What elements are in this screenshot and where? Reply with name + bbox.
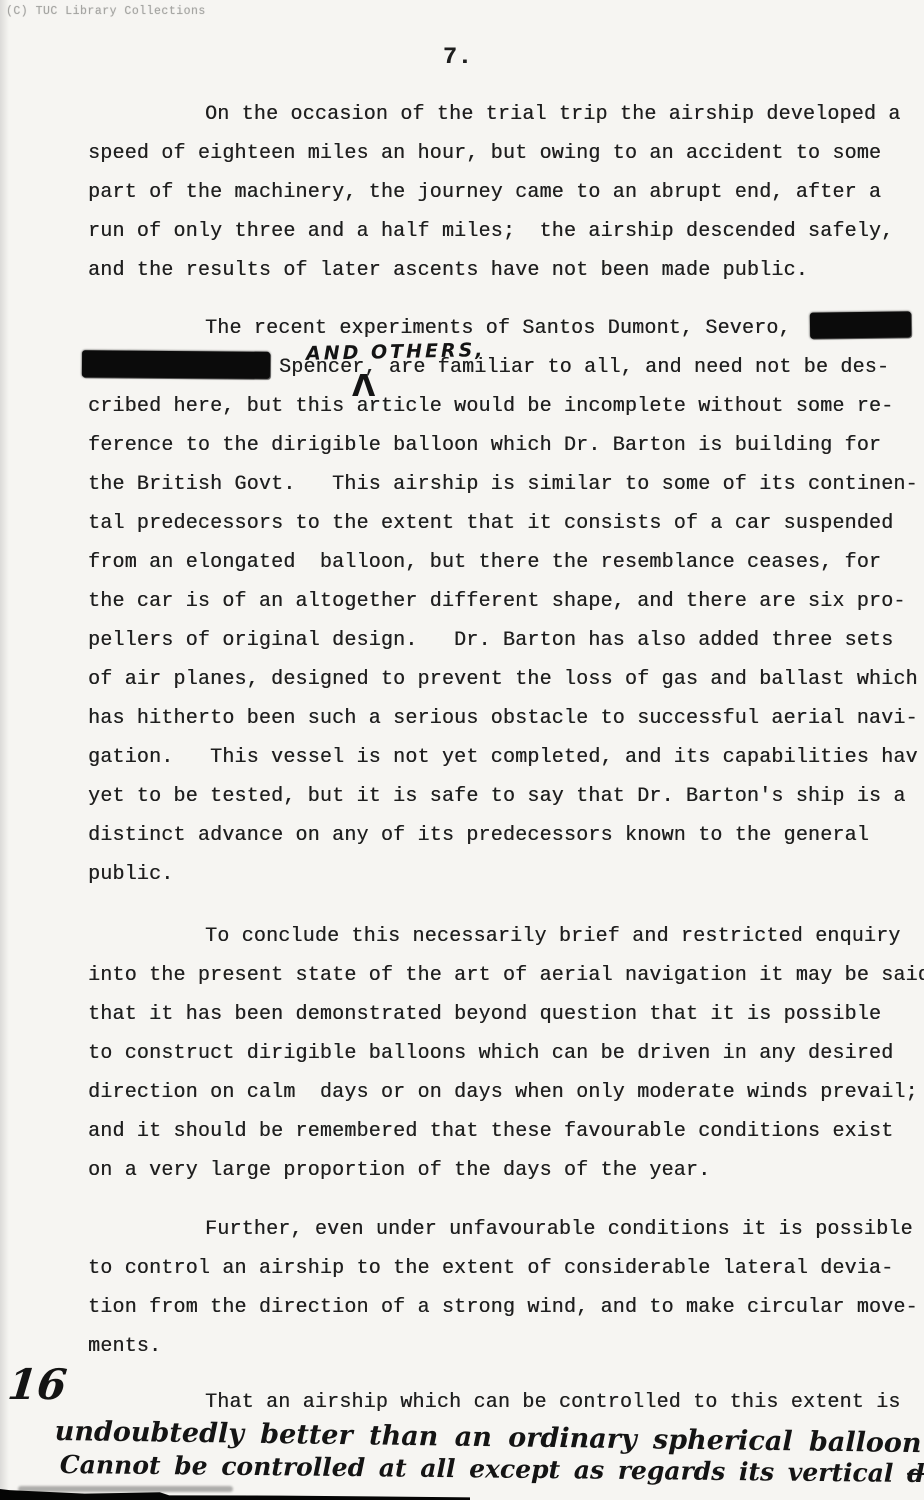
typed-line: On the occasion of the trial trip the ai… (88, 95, 912, 134)
handwritten-struck-word: direction (907, 1459, 924, 1489)
typed-line: the car is of an altogether different sh… (88, 582, 912, 621)
typed-line: public. (88, 855, 912, 894)
typed-line: ments. (88, 1327, 912, 1366)
typed-line: and the results of later ascents have no… (88, 251, 912, 290)
document-page: (C) TUC Library Collections 7. On the oc… (0, 0, 924, 1500)
typed-line: on a very large proportion of the days o… (88, 1151, 912, 1190)
typed-line: the British Govt. This airship is simila… (88, 465, 912, 504)
typed-line: yet to be tested, but it is safe to say … (88, 777, 912, 816)
page-number: 7. (443, 44, 473, 70)
typed-text: The recent experiments of Santos Dumont,… (205, 317, 803, 340)
handwritten-sheet-number: 16 (6, 1364, 69, 1406)
typed-line: tal predecessors to the extent that it c… (88, 504, 912, 543)
typed-line: To conclude this necessarily brief and r… (88, 917, 912, 956)
typed-line: and it should be remembered that these f… (88, 1112, 912, 1151)
paragraph-3: To conclude this necessarily brief and r… (88, 917, 912, 1190)
typed-line: tion from the direction of a strong wind… (88, 1288, 912, 1327)
typed-line: gation. This vessel is not yet completed… (88, 738, 912, 777)
typed-line: That an airship which can be controlled … (88, 1383, 912, 1422)
scan-edge-shadow (0, 0, 9, 1500)
paragraph-1: On the occasion of the trial trip the ai… (88, 95, 912, 290)
handwritten-insertion: AND OTHERS, (306, 339, 486, 365)
typed-line: to construct dirigible balloons which ca… (88, 1034, 912, 1073)
paragraph-2-rest: cribed here, but this article would be i… (88, 387, 912, 894)
typed-line: to control an airship to the extent of c… (88, 1249, 912, 1288)
typed-line: Further, even under unfavourable conditi… (88, 1210, 912, 1249)
typed-line: run of only three and a half miles; the … (88, 212, 912, 251)
watermark: (C) TUC Library Collections (6, 5, 206, 18)
typed-line: from an elongated balloon, but there the… (88, 543, 912, 582)
typed-line: cribed here, but this article would be i… (88, 387, 912, 426)
typed-line: that it has been demonstrated beyond que… (88, 995, 912, 1034)
typed-line: Spencer, are familiar to all, and need n… (88, 348, 912, 387)
typed-line: has hitherto been such a serious obstacl… (88, 699, 912, 738)
typed-line: distinct advance on any of its predecess… (88, 816, 912, 855)
insertion-caret: Λ (352, 372, 375, 402)
redaction-bar (82, 350, 270, 379)
scan-smudge (18, 1486, 233, 1492)
paragraph-4: Further, even under unfavourable conditi… (88, 1210, 912, 1366)
typed-line: direction on calm days or on days when o… (88, 1073, 912, 1112)
typed-line: speed of eighteen miles an hour, but owi… (88, 134, 912, 173)
typed-line: pellers of original design. Dr. Barton h… (88, 621, 912, 660)
typed-line: into the present state of the art of aer… (88, 956, 912, 995)
typed-line: The recent experiments of Santos Dumont,… (88, 309, 912, 348)
typed-line: of air planes, designed to prevent the l… (88, 660, 912, 699)
paragraph-2: The recent experiments of Santos Dumont,… (88, 309, 912, 894)
paragraph-5: That an airship which can be controlled … (88, 1383, 912, 1422)
typed-line: part of the machinery, the journey came … (88, 173, 912, 212)
redaction-bar (810, 311, 911, 338)
typed-line: ference to the dirigible balloon which D… (88, 426, 912, 465)
